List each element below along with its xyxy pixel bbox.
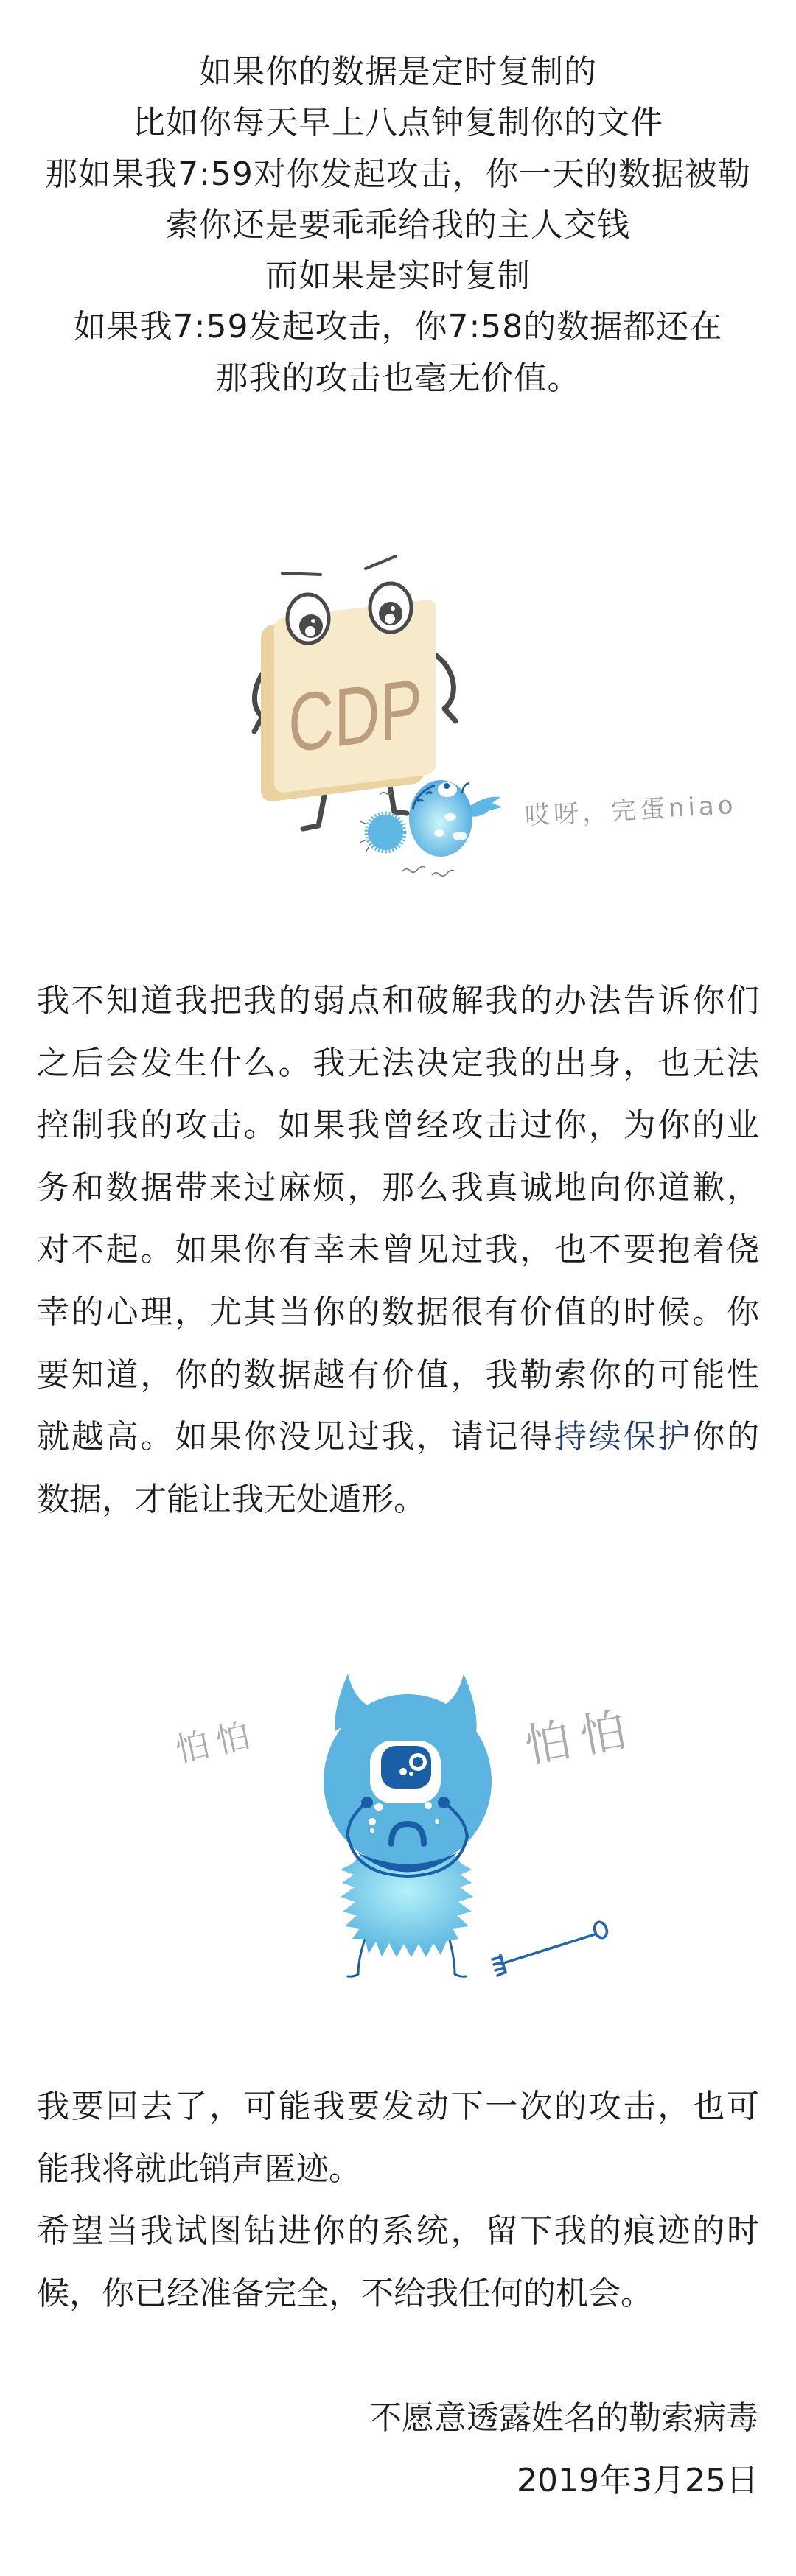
paragraph-line: 控制我的攻击。如果我曾经攻击过你，为你的业 bbox=[37, 1095, 759, 1157]
paragraph-text: 你的 bbox=[692, 1418, 759, 1456]
paragraph-line-with-highlight: 就越高。如果你没见过我，请记得持续保护你的 bbox=[37, 1406, 759, 1469]
intro-line: 那我的攻击也毫无价值。 bbox=[0, 353, 796, 404]
intro-line: 如果我7:59发起攻击，你7:58的数据都还在 bbox=[0, 301, 796, 352]
paragraph-text: 就越高。如果你没见过我，请记得 bbox=[37, 1418, 554, 1456]
paragraph-line: 候，你已经准备完全，不给我任何的机会。 bbox=[37, 2263, 759, 2326]
paragraph-line: 数据，才能让我无处遁形。 bbox=[37, 1469, 759, 1531]
cdp-card-label: CDP bbox=[288, 661, 422, 770]
paragraph-1: 我不知道我把我的弱点和破解我的办法告诉你们 之后会发生什么。我无法决定我的出身，… bbox=[37, 970, 759, 1531]
intro-line: 比如你每天早上八点钟复制你的文件 bbox=[0, 97, 796, 148]
cdp-card: CDP bbox=[261, 598, 436, 802]
paragraph-line: 能我将就此销声匿迹。 bbox=[37, 2138, 759, 2201]
signature-author: 不愿意透露姓名的勒索病毒 bbox=[369, 2387, 758, 2449]
intro-line: 如果你的数据是定时复制的 bbox=[0, 46, 796, 97]
paragraph-line: 要知道，你的数据越有价值，我勒索你的可能性 bbox=[37, 1344, 759, 1407]
signature-block: 不愿意透露姓名的勒索病毒 2019年3月25日 bbox=[369, 2387, 758, 2512]
cdp-illustration: CDP bbox=[221, 530, 774, 884]
cdp-eyebrows-icon bbox=[282, 556, 396, 575]
paragraph-2: 我要回去了，可能我要发动下一次的攻击，也可 能我将就此销声匿迹。 希望当我试图钻… bbox=[37, 2076, 759, 2325]
paragraph-line: 务和数据带来过麻烦，那么我真诚地向你道歉， bbox=[37, 1157, 759, 1220]
intro-line: 索你还是要乖乖给我的主人交钱 bbox=[0, 200, 796, 250]
paragraph-line: 之后会发生什么。我无法决定我的出身，也无法 bbox=[37, 1033, 759, 1095]
fork-icon bbox=[492, 1920, 609, 1976]
paragraph-line: 希望当我试图钻进你的系统，留下我的痕迹的时 bbox=[37, 2200, 759, 2263]
scared-caption-left: 怕怕 bbox=[170, 1707, 261, 1772]
intro-text-block: 如果你的数据是定时复制的 比如你每天早上八点钟复制你的文件 那如果我7:59对你… bbox=[0, 46, 796, 404]
intro-line: 那如果我7:59对你发起攻击，你一天的数据被勒 bbox=[0, 149, 796, 200]
paragraph-line: 我不知道我把我的弱点和破解我的办法告诉你们 bbox=[37, 970, 759, 1033]
signature-date: 2019年3月25日 bbox=[369, 2449, 758, 2512]
highlight-text: 持续保护 bbox=[554, 1418, 692, 1456]
paragraph-line: 幸的心理，尤其当你的数据很有价值的时候。你 bbox=[37, 1282, 759, 1344]
blue-bird-icon bbox=[360, 780, 502, 857]
paragraph-line: 我要回去了，可能我要发动下一次的攻击，也可 bbox=[37, 2076, 759, 2138]
paragraph-line: 对不起。如果你有幸未曾见过我，也不要抱着侥 bbox=[37, 1219, 759, 1282]
intro-line: 而如果是实时复制 bbox=[0, 250, 796, 301]
